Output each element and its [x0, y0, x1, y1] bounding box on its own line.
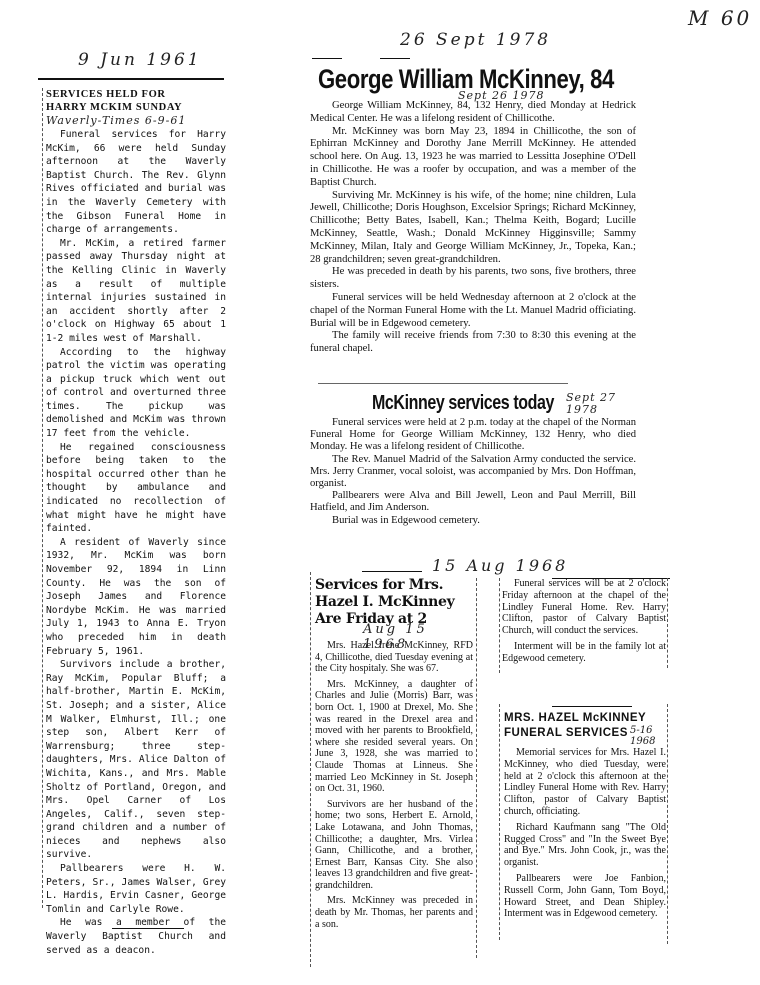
- clipping-left-border: [499, 704, 500, 940]
- clipping-right-border: [667, 704, 668, 944]
- paragraph: Mr. McKinney was born May 23, 1894 in Ch…: [310, 126, 636, 190]
- handwritten-annotation: 5-16 1968: [630, 725, 666, 747]
- handwritten-annotation: Sept 27 1978: [566, 392, 616, 416]
- handwritten-date-hazel: 15 Aug 1968: [432, 556, 568, 575]
- clipping-top-rule: [38, 78, 224, 80]
- separator-rule: [318, 383, 568, 384]
- top-rule: [380, 58, 410, 59]
- clipping-left-border: [42, 88, 43, 908]
- paragraph: Funeral services for Harry McKim, 66 wer…: [46, 128, 226, 237]
- paragraph: Survivors include a brother, Ray McKim, …: [46, 658, 226, 862]
- article-body-george: George William McKinney, 84, 132 Henry, …: [310, 100, 636, 356]
- paragraph: He regained consciousness before being t…: [46, 441, 226, 536]
- paragraph: Pallbearers were Alva and Bill Jewell, L…: [310, 490, 636, 514]
- clipping-hazel-mckinney: Services for Mrs. Hazel I. McKinney Are …: [315, 577, 473, 930]
- headline-line-1: MRS. HAZEL McKINNEY: [504, 711, 666, 726]
- paragraph: Funeral services will be held Wednesday …: [310, 292, 636, 330]
- clipping-right-border: [667, 578, 668, 668]
- clipping-hazel-funeral: MRS. HAZEL McKINNEY FUNERAL SERVICES 5-1…: [504, 711, 666, 920]
- handwritten-date-george: 26 Sept 1978: [400, 30, 551, 50]
- article-body-hazel-right: Funeral services will be at 2 o'clock Fr…: [502, 578, 666, 665]
- paragraph: Mrs. McKinney, a daughter of Charles and…: [315, 679, 473, 795]
- clipping-left-border: [499, 578, 500, 673]
- paragraph: Burial was in Edgewood cemetery.: [310, 515, 636, 527]
- paragraph: Interment will be in the family lot at E…: [502, 641, 666, 665]
- paragraph: Mr. McKim, a retired farmer passed away …: [46, 237, 226, 346]
- paragraph: Pallbearers were Joe Fanbion, Russell Co…: [504, 873, 666, 920]
- paragraph: Richard Kaufmann sang "The Old Rugged Cr…: [504, 822, 666, 869]
- top-rule: [552, 706, 632, 707]
- paragraph: According to the highway patrol the vict…: [46, 346, 226, 441]
- article-body-hazel-left: Mrs. Hazel Irene McKinney, RFD 4, Chilli…: [315, 640, 473, 930]
- article-body-services-today: Funeral services were held at 2 p.m. tod…: [310, 417, 636, 527]
- headline-line-1: SERVICES HELD FOR: [46, 88, 226, 101]
- clipping-harry-mckim: SERVICES HELD FOR HARRY MCKIM SUNDAY Wav…: [46, 88, 226, 957]
- paragraph: The Rev. Manuel Madrid of the Salvation …: [310, 454, 636, 491]
- end-rule: [112, 928, 184, 929]
- clipping-left-border: [310, 572, 311, 967]
- article-body-harry: Funeral services for Harry McKim, 66 wer…: [46, 128, 226, 957]
- handwritten-source: Waverly-Times 6-9-61: [46, 114, 226, 128]
- headline-line-2: HARRY MCKIM SUNDAY: [46, 101, 226, 114]
- paragraph: Survivors are her husband of the home; t…: [315, 799, 473, 892]
- paragraph: He was a member of the Waverly Baptist C…: [46, 916, 226, 957]
- paragraph: Pallbearers were H. W. Peters, Sr., Jame…: [46, 862, 226, 916]
- paragraph: Funeral services will be at 2 o'clock Fr…: [502, 578, 666, 637]
- headline-harry: SERVICES HELD FOR HARRY MCKIM SUNDAY: [46, 88, 226, 114]
- paragraph: George William McKinney, 84, 132 Henry, …: [310, 100, 636, 126]
- top-rule: [362, 571, 422, 572]
- paragraph: A resident of Waverly since 1932, Mr. Mc…: [46, 536, 226, 658]
- handwritten-annotation: Aug 15 1968: [363, 622, 473, 652]
- paragraph: Mrs. McKinney was preceded in death by M…: [315, 895, 473, 930]
- column-divider: [476, 578, 477, 958]
- paragraph: Funeral services were held at 2 p.m. tod…: [310, 417, 636, 454]
- paragraph: Memorial services for Mrs. Hazel I. McKi…: [504, 747, 666, 818]
- paragraph: He was preceded in death by his parents,…: [310, 266, 636, 292]
- handwritten-date-harry: 9 Jun 1961: [78, 50, 202, 70]
- paragraph: Surviving Mr. McKinney is his wife, of t…: [310, 190, 636, 267]
- top-rule: [312, 58, 342, 59]
- page-marker: M 60: [688, 6, 752, 30]
- paragraph: The family will receive friends from 7:3…: [310, 330, 636, 356]
- headline-services-today: McKinney services today: [372, 390, 554, 416]
- headline-hazel: Services for Mrs. Hazel I. McKinney Are …: [315, 577, 473, 628]
- article-body-hazel-funeral: Memorial services for Mrs. Hazel I. McKi…: [504, 747, 666, 920]
